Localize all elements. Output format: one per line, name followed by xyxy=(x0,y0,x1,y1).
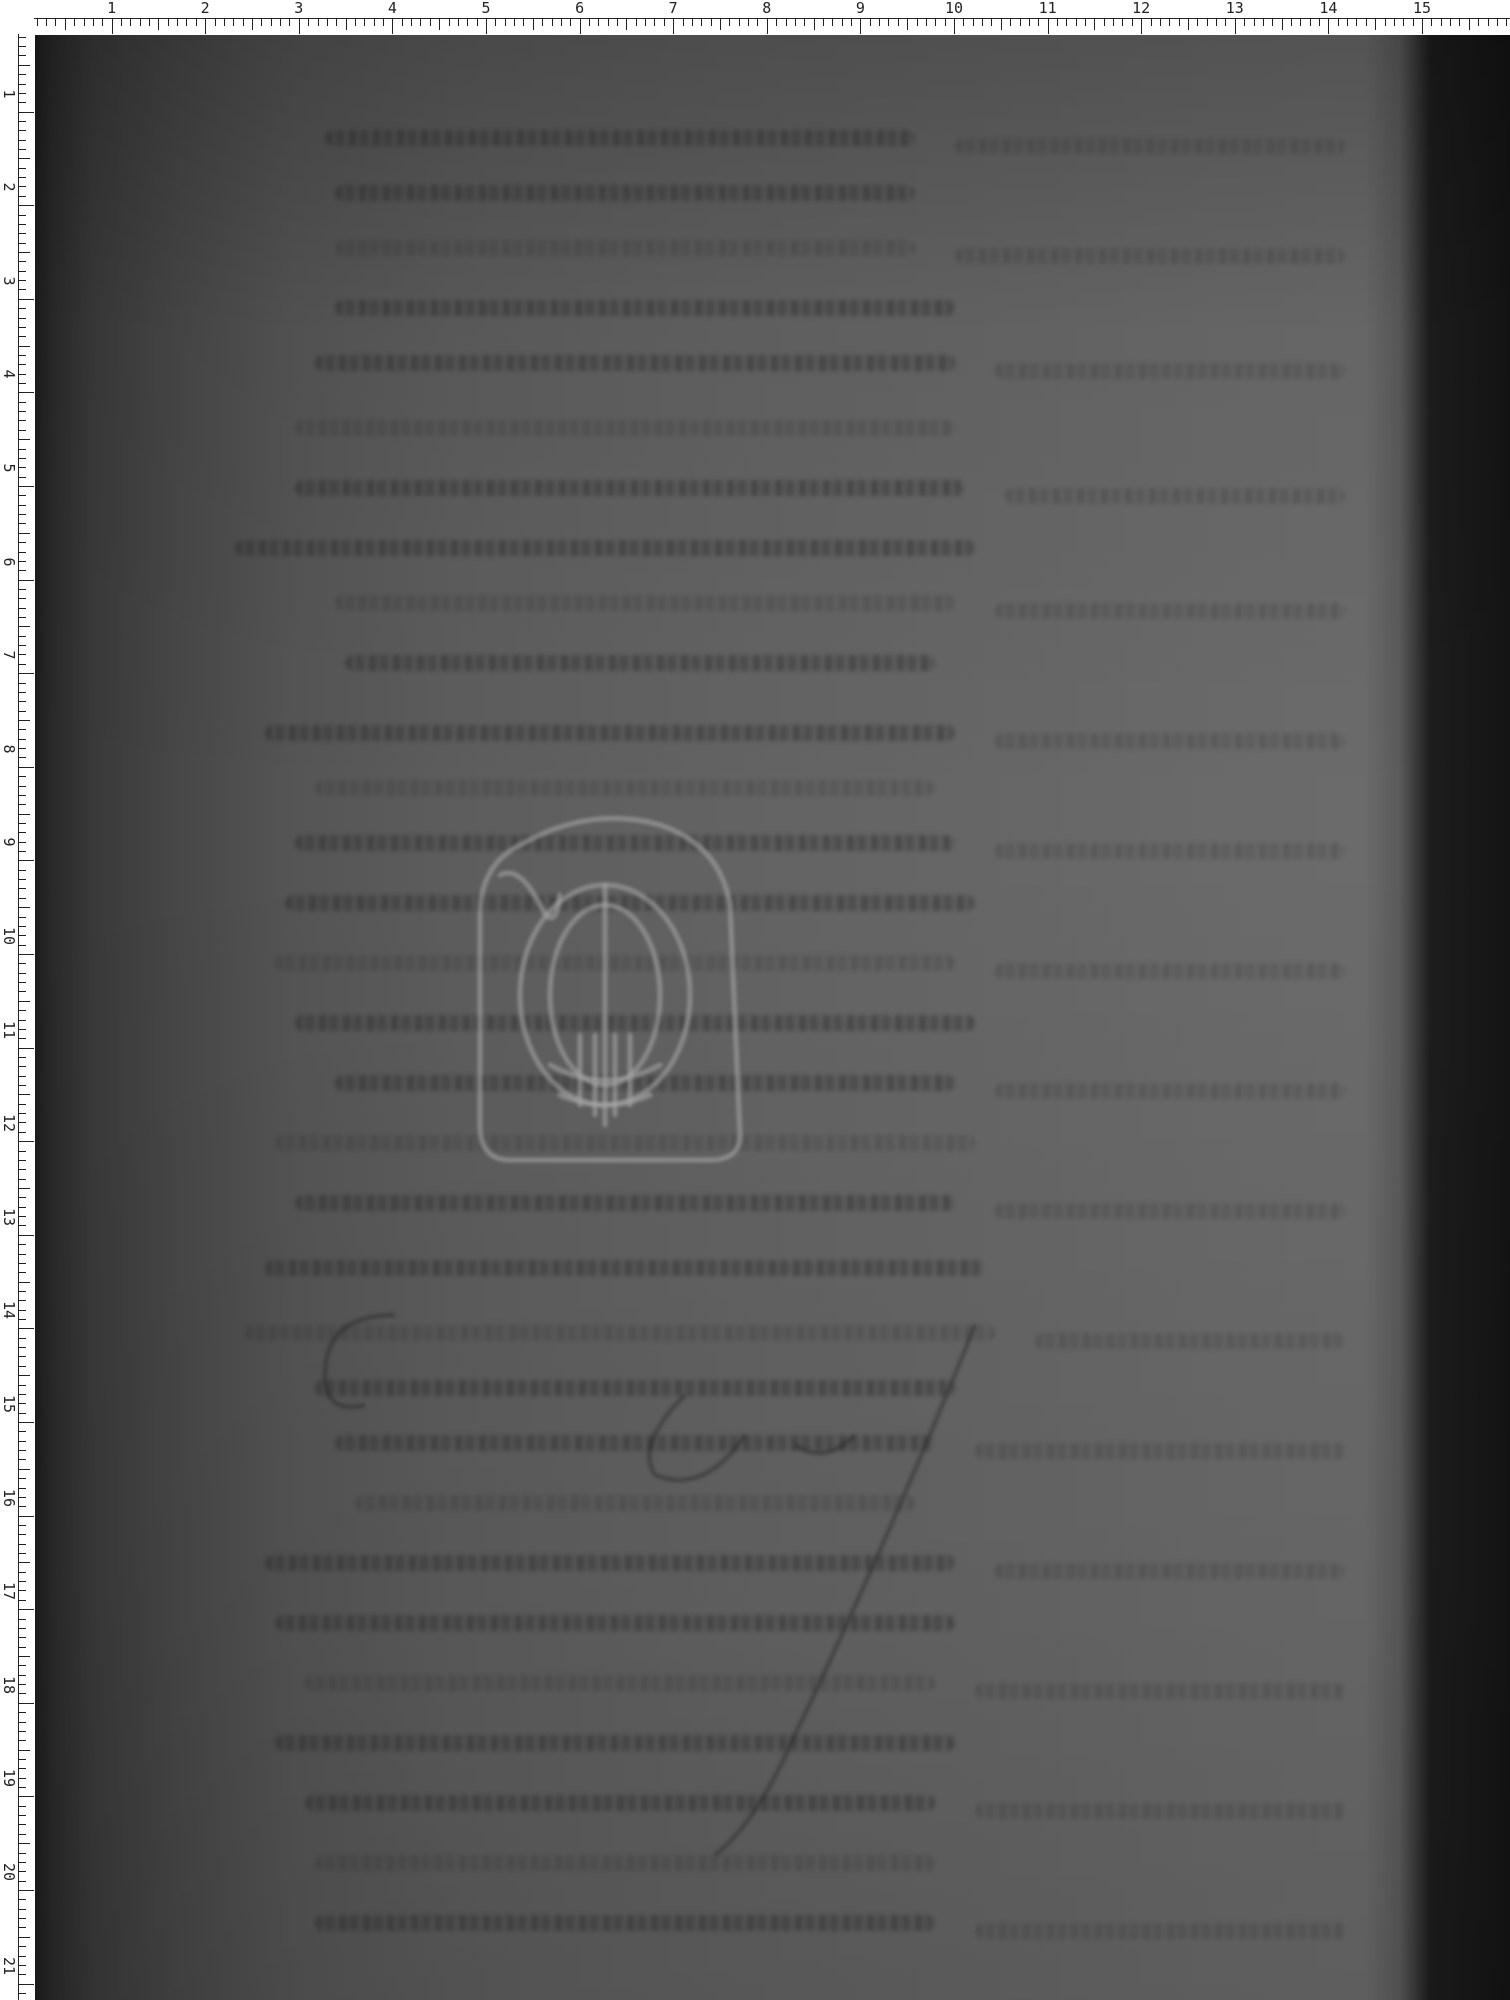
handwriting-line xyxy=(325,130,915,146)
ruler-tick xyxy=(19,1113,26,1114)
ruler-tick xyxy=(19,1525,26,1526)
ruler-tick xyxy=(383,19,384,26)
ruler-tick xyxy=(1319,19,1320,26)
ruler-tick xyxy=(168,19,169,26)
ruler-tick xyxy=(19,1263,26,1264)
ruler-tick xyxy=(19,1469,30,1470)
ruler-tick xyxy=(19,1403,26,1404)
ruler-tick xyxy=(19,1328,34,1329)
ruler-tick xyxy=(308,19,309,26)
ruler-tick xyxy=(130,19,131,26)
ruler-tick xyxy=(19,1459,26,1460)
ruler-tick xyxy=(84,19,85,26)
ruler-tick xyxy=(888,19,889,26)
ruler-tick xyxy=(580,19,581,34)
ruler-label: 5 xyxy=(481,0,490,16)
watermark-icon xyxy=(440,795,770,1180)
ruler-label: 17 xyxy=(1,1582,17,1600)
ruler-tick xyxy=(19,1581,26,1582)
ruler-tick xyxy=(19,673,34,674)
ruler-tick xyxy=(945,19,946,26)
ruler-tick xyxy=(1179,19,1180,26)
handwriting-line xyxy=(235,540,975,556)
show-through-line xyxy=(995,1083,1345,1099)
ruler-tick xyxy=(477,19,478,26)
ruler-tick xyxy=(692,19,693,26)
ruler-label: 11 xyxy=(1,1021,17,1039)
ruler-tick xyxy=(19,888,26,889)
ruler-tick xyxy=(19,243,26,244)
ruler-tick xyxy=(1057,19,1058,26)
ruler-tick xyxy=(19,1020,26,1021)
ruler-tick xyxy=(19,112,34,113)
ruler-tick xyxy=(683,19,684,26)
horizontal-ruler: 01234567891011121314151 xyxy=(0,0,1510,34)
ruler-tick xyxy=(19,767,34,768)
ruler-tick xyxy=(19,411,26,412)
ruler-tick xyxy=(19,1375,30,1376)
ruler-tick xyxy=(1356,19,1357,26)
ruler-tick xyxy=(1010,19,1011,26)
ruler-tick xyxy=(486,19,487,34)
ruler-tick xyxy=(19,215,26,216)
ruler-tick xyxy=(991,19,992,26)
ruler-tick xyxy=(196,19,197,26)
ruler-tick xyxy=(243,19,244,26)
ruler-tick xyxy=(336,19,337,26)
ruler-tick xyxy=(19,561,26,562)
ruler-tick xyxy=(1263,19,1264,26)
ruler-tick xyxy=(19,1160,26,1161)
ruler-tick xyxy=(55,19,56,26)
ruler-tick xyxy=(19,1338,26,1339)
ruler-tick xyxy=(411,19,412,26)
ruler-tick xyxy=(19,1656,30,1657)
ruler-tick xyxy=(74,19,75,26)
ruler-label: 18 xyxy=(1,1676,17,1694)
ruler-tick xyxy=(19,1544,26,1545)
handwriting-line xyxy=(335,240,915,256)
ruler-tick xyxy=(19,46,26,47)
show-through-line xyxy=(995,363,1345,379)
ruler-tick xyxy=(19,720,30,721)
ruler-tick xyxy=(19,945,26,946)
ruler-tick xyxy=(19,1731,26,1732)
ruler-tick xyxy=(19,1516,34,1517)
ruler-tick xyxy=(19,1750,30,1751)
ruler-tick xyxy=(1300,19,1301,26)
ruler-tick xyxy=(19,711,26,712)
ruler-tick xyxy=(598,19,599,26)
ruler-tick xyxy=(1169,19,1170,26)
ruler-tick xyxy=(19,1356,26,1357)
ruler-tick xyxy=(19,299,34,300)
ruler-tick xyxy=(505,19,506,26)
ruler-tick xyxy=(19,1899,26,1900)
ruler-tick xyxy=(1104,19,1105,26)
ruler-tick xyxy=(1394,19,1395,26)
ruler-tick xyxy=(19,1104,26,1105)
ruler-tick xyxy=(495,19,496,26)
ruler-tick xyxy=(19,1497,26,1498)
ruler-tick xyxy=(1310,19,1311,26)
ruler-tick xyxy=(879,19,880,26)
show-through-line xyxy=(975,1443,1345,1459)
ruler-tick xyxy=(19,505,26,506)
ruler-tick xyxy=(19,1843,30,1844)
ruler-tick xyxy=(19,1619,26,1620)
ruler-tick xyxy=(19,879,26,880)
ruler-tick xyxy=(19,477,26,478)
ruler-tick xyxy=(1151,19,1152,26)
ruler-label: 16 xyxy=(1,1489,17,1507)
ruler-tick xyxy=(19,757,26,758)
ruler-tick xyxy=(19,74,26,75)
ruler-tick xyxy=(19,729,26,730)
ruler-tick xyxy=(1478,19,1479,26)
ruler-tick xyxy=(19,1394,26,1395)
ruler-corner xyxy=(0,0,34,34)
ruler-tick xyxy=(982,19,983,26)
ruler-tick xyxy=(1216,19,1217,26)
ruler-tick xyxy=(19,692,26,693)
ink-loop xyxy=(305,1305,425,1425)
ruler-tick xyxy=(19,1132,26,1133)
ruler-tick xyxy=(19,739,26,740)
ruler-tick xyxy=(19,1122,26,1123)
ruler-tick xyxy=(19,1282,30,1283)
ruler-tick xyxy=(19,327,26,328)
ruler-tick xyxy=(1188,19,1189,30)
ruler-tick xyxy=(1020,19,1021,26)
ruler-tick xyxy=(19,93,26,94)
ruler-tick xyxy=(224,19,225,26)
ruler-tick xyxy=(19,935,26,936)
ruler-tick xyxy=(19,1272,26,1273)
ruler-tick xyxy=(1160,19,1161,26)
ruler-tick xyxy=(19,1806,26,1807)
ruler-tick xyxy=(19,1974,26,1975)
ruler-tick xyxy=(1459,19,1460,26)
ruler-tick xyxy=(19,186,26,187)
ruler-tick xyxy=(19,1010,26,1011)
ruler-tick xyxy=(1254,19,1255,26)
ruler-tick xyxy=(1385,19,1386,26)
ruler-tick xyxy=(19,84,26,85)
ruler-label: 12 xyxy=(1132,0,1150,16)
ruler-tick xyxy=(19,158,30,159)
ruler-tick xyxy=(19,1038,26,1039)
ruler-tick xyxy=(19,355,26,356)
ruler-tick xyxy=(19,1216,26,1217)
ruler-tick xyxy=(19,580,34,581)
ruler-label: 20 xyxy=(1,1863,17,1881)
ruler-tick xyxy=(19,795,26,796)
handwriting-line xyxy=(335,185,915,201)
ruler-tick xyxy=(654,19,655,26)
ruler-tick xyxy=(19,1254,26,1255)
ruler-tick xyxy=(19,233,26,234)
handwriting-line xyxy=(345,655,935,671)
ruler-label: 6 xyxy=(1,553,17,571)
ruler-tick xyxy=(19,130,26,131)
ruler-tick xyxy=(19,271,26,272)
ruler-tick xyxy=(19,814,30,815)
ruler-tick xyxy=(533,19,534,30)
ruler-tick xyxy=(19,1310,26,1311)
ruler-tick xyxy=(860,19,861,34)
ruler-tick xyxy=(19,514,26,515)
ruler-label: 5 xyxy=(1,459,17,477)
ruler-tick xyxy=(673,19,674,34)
ruler-tick xyxy=(19,1534,26,1535)
ruler-tick xyxy=(19,1909,26,1910)
ruler-label: 12 xyxy=(1,1114,17,1132)
ruler-tick xyxy=(19,823,26,824)
ruler-tick xyxy=(19,1712,26,1713)
ruler-tick xyxy=(1441,19,1442,26)
ruler-tick xyxy=(19,1600,26,1601)
ruler-tick xyxy=(420,19,421,26)
ruler-tick xyxy=(19,982,26,983)
ruler-label: 1 xyxy=(107,0,116,16)
ruler-tick xyxy=(19,954,34,955)
ruler-tick xyxy=(355,19,356,26)
ruler-tick xyxy=(19,1853,26,1854)
ruler-tick xyxy=(757,19,758,26)
ruler-tick xyxy=(19,748,26,749)
ruler-label: 7 xyxy=(669,0,678,16)
ruler-tick xyxy=(786,19,787,26)
ruler-tick xyxy=(973,19,974,26)
handwriting-line xyxy=(335,300,955,316)
ruler-tick xyxy=(19,1151,26,1152)
ruler-label: 10 xyxy=(945,0,963,16)
ruler-tick xyxy=(392,19,393,34)
handwriting-line xyxy=(315,1915,935,1931)
ruler-tick xyxy=(19,1796,34,1797)
ruler-tick xyxy=(19,140,26,141)
ruler-tick xyxy=(804,19,805,26)
ruler-tick xyxy=(19,1188,30,1189)
ruler-tick xyxy=(832,19,833,26)
show-through-line xyxy=(995,843,1345,859)
ruler-tick xyxy=(19,842,26,843)
show-through-line xyxy=(995,603,1345,619)
ruler-tick xyxy=(19,1590,26,1591)
ruler-tick xyxy=(842,19,843,26)
ruler-tick xyxy=(19,1385,26,1386)
ruler-tick xyxy=(589,19,590,26)
ruler-tick xyxy=(19,121,26,122)
ruler-tick xyxy=(252,19,253,30)
ruler-tick xyxy=(19,1169,26,1170)
ruler-tick xyxy=(1431,19,1432,26)
ruler-tick xyxy=(19,486,34,487)
ruler-tick xyxy=(19,1562,30,1563)
ink-flourish xyxy=(595,1265,1015,1865)
ruler-tick xyxy=(19,1197,26,1198)
ruler-tick xyxy=(1291,19,1292,26)
ruler-label: 13 xyxy=(1226,0,1244,16)
ruler-tick xyxy=(19,318,26,319)
ruler-tick xyxy=(19,1834,26,1835)
ruler-tick xyxy=(19,65,30,66)
ruler-tick xyxy=(19,776,26,777)
show-through-line xyxy=(975,1803,1345,1819)
ruler-tick xyxy=(795,19,796,26)
ruler-tick xyxy=(19,224,26,225)
ruler-tick xyxy=(701,19,702,26)
ruler-tick xyxy=(37,19,38,26)
ruler-tick xyxy=(19,168,26,169)
ruler-tick xyxy=(19,786,26,787)
ruler-tick xyxy=(1469,19,1470,30)
ruler-tick xyxy=(19,1001,30,1002)
ruler-label: 2 xyxy=(201,0,210,16)
ruler-tick xyxy=(1272,19,1273,26)
ruler-tick xyxy=(346,19,347,30)
ruler-tick xyxy=(19,523,26,524)
ruler-tick xyxy=(19,1768,26,1769)
ruler-tick xyxy=(1085,19,1086,26)
ruler-label: 11 xyxy=(1039,0,1057,16)
ruler-tick xyxy=(19,1319,26,1320)
ruler-tick xyxy=(19,1094,30,1095)
ruler-tick xyxy=(19,1703,34,1704)
ruler-tick xyxy=(1029,19,1030,26)
ruler-tick xyxy=(205,19,206,34)
ruler-tick xyxy=(1001,19,1002,30)
ruler-tick xyxy=(729,19,730,26)
ruler-tick xyxy=(626,19,627,30)
show-through-line xyxy=(995,733,1345,749)
ruler-tick xyxy=(112,19,113,34)
ruler-tick xyxy=(19,804,26,805)
ruler-tick xyxy=(1450,19,1451,26)
ruler-tick xyxy=(570,19,571,26)
ruler-tick xyxy=(870,19,871,26)
ruler-tick xyxy=(1197,19,1198,26)
show-through-line xyxy=(995,1203,1345,1219)
ruler-tick xyxy=(19,552,26,553)
ruler-tick xyxy=(1048,19,1049,34)
ruler-tick xyxy=(19,402,26,403)
ruler-tick xyxy=(19,1918,26,1919)
ruler-tick xyxy=(19,177,26,178)
ruler-tick xyxy=(898,19,899,26)
ruler-tick xyxy=(19,870,26,871)
ruler-tick xyxy=(19,495,26,496)
ruler-tick xyxy=(720,19,721,30)
ruler-tick xyxy=(430,19,431,26)
ruler-tick xyxy=(19,336,26,337)
ruler-tick xyxy=(1488,19,1489,26)
ruler-tick xyxy=(664,19,665,26)
show-through-line xyxy=(1005,488,1345,504)
ruler-tick xyxy=(561,19,562,26)
show-through-line xyxy=(995,1563,1345,1579)
ruler-tick xyxy=(19,252,30,253)
ruler-tick xyxy=(1066,19,1067,26)
ruler-tick xyxy=(19,1693,26,1694)
ruler-tick xyxy=(19,898,26,899)
ruler-tick xyxy=(19,1291,26,1292)
ruler-tick xyxy=(1506,19,1507,26)
ruler-tick xyxy=(19,1450,26,1451)
ruler-tick xyxy=(19,963,26,964)
ruler-tick xyxy=(458,19,459,26)
ruler-tick xyxy=(19,1225,26,1226)
ruler-tick xyxy=(19,392,34,393)
ruler-label: 21 xyxy=(1,1957,17,1975)
ruler-tick xyxy=(19,1029,26,1030)
ruler-label: 1 xyxy=(1,85,17,103)
ruler-tick xyxy=(19,458,26,459)
ruler-tick xyxy=(19,1609,34,1610)
show-through-line xyxy=(975,1683,1345,1699)
ruler-label: 3 xyxy=(294,0,303,16)
ruler-label: 7 xyxy=(1,646,17,664)
ruler-tick xyxy=(93,19,94,26)
ruler-tick xyxy=(19,542,26,543)
ruler-tick xyxy=(954,19,955,34)
ruler-tick xyxy=(1338,19,1339,26)
ruler-tick xyxy=(19,608,26,609)
ruler-tick xyxy=(19,280,26,281)
ruler-tick xyxy=(19,1207,26,1208)
ruler-tick xyxy=(364,19,365,26)
ruler-tick xyxy=(514,19,515,26)
ruler-tick xyxy=(1122,19,1123,26)
ruler-tick xyxy=(186,19,187,26)
ruler-label: 8 xyxy=(762,0,771,16)
ruler-tick xyxy=(1366,19,1367,26)
ruler-tick xyxy=(19,102,26,103)
ruler-tick xyxy=(280,19,281,26)
ruler-tick xyxy=(19,55,26,56)
ruler-tick xyxy=(19,1927,26,1928)
handwriting-line xyxy=(295,1195,955,1211)
ruler-tick xyxy=(1403,19,1404,26)
ruler-tick xyxy=(467,19,468,26)
ruler-tick xyxy=(158,19,159,30)
ruler-tick xyxy=(1207,19,1208,26)
ruler-tick xyxy=(19,654,26,655)
ruler-tick xyxy=(1497,19,1498,26)
ruler-tick xyxy=(1422,19,1423,34)
ruler-tick xyxy=(19,261,26,262)
ruler-tick xyxy=(1328,19,1329,34)
ruler-tick xyxy=(19,1441,26,1442)
ruler-tick xyxy=(552,19,553,26)
scanned-manuscript-page xyxy=(35,35,1510,2000)
ruler-tick xyxy=(19,289,26,290)
ruler-tick xyxy=(19,149,26,150)
ruler-tick xyxy=(19,917,26,918)
ruler-tick xyxy=(19,1862,26,1863)
ruler-tick xyxy=(1282,19,1283,30)
ruler-tick xyxy=(19,1946,26,1947)
ruler-label: 8 xyxy=(1,740,17,758)
ruler-tick xyxy=(19,430,26,431)
ruler-tick xyxy=(1132,19,1133,26)
ruler-tick xyxy=(1225,19,1226,26)
ruler-tick xyxy=(121,19,122,26)
ruler-tick xyxy=(19,1890,34,1891)
ruler-tick xyxy=(851,19,852,26)
ruler-tick xyxy=(1235,19,1236,34)
